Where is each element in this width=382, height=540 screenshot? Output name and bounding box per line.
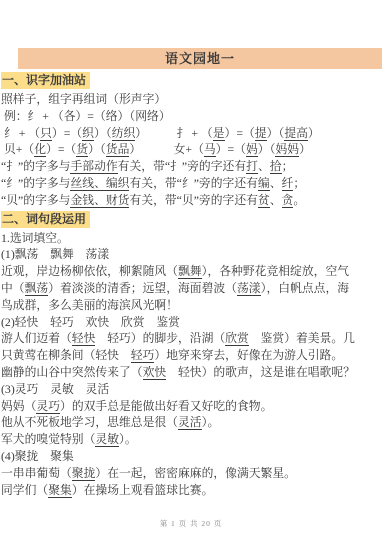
underlined-answer: 贪 [282, 193, 294, 208]
text-segment: (4)聚拢 聚集 [1, 449, 74, 463]
text-segment: 轻快）的歌声，这是谁在唱歌呢？ [166, 365, 355, 379]
text-line: (3)灵巧 灵敏 灵活 [1, 381, 380, 398]
underlined-answer: 化 [34, 142, 46, 157]
text-segment: 同学们（ [1, 483, 48, 497]
text-segment: 他从不死板地学习，思维总是很（ [1, 415, 178, 429]
text-line: 只黄莺在柳条间（轻快 轻巧）地穿来穿去，好像在为游人引路。 [1, 347, 380, 364]
text-segment: ）（ [258, 142, 276, 156]
text-line: 照样子，组字再组词（形声字） [1, 91, 380, 108]
text-segment: ）=（ [225, 126, 255, 140]
underlined-answer: 打 [246, 159, 258, 174]
text-segment: ）（ [94, 126, 112, 140]
section-heading-label: 一、识字加油站 [1, 72, 90, 89]
underlined-answer: 轻快 [72, 331, 96, 346]
underlined-answer: 妈妈 [275, 142, 299, 157]
worksheet-page: 语文园地一 一、识字加油站照样子，组字再组词（形声字） 例：纟 + （各）=（络… [0, 0, 382, 540]
text-segment: 鉴赏）着美景。几 [249, 331, 355, 345]
text-segment: ）在一起，密密麻麻的，像满天繁星。 [95, 466, 296, 480]
text-segment: 中（ [1, 281, 25, 295]
text-segment: 有关，带“纟”旁的字还有 [129, 176, 257, 190]
underlined-answer: 丝线、编织 [70, 176, 129, 191]
text-segment: 轻巧）的脚步，沿湖（ [95, 331, 225, 345]
text-segment: ； [293, 176, 305, 190]
underlined-answer: 金钱、财货 [70, 193, 129, 208]
text-line: (2)轻快 轻巧 欢快 欣赏 鉴赏 [1, 314, 380, 331]
text-segment: “纟”的字多与 [1, 176, 70, 190]
text-segment: “扌”的字多与 [1, 159, 70, 173]
underlined-answer: 货品 [106, 142, 130, 157]
underlined-answer: 荡漾 [237, 281, 261, 296]
text-segment: 、 [258, 159, 270, 173]
text-segment: ）着淡淡的清香；远望，海面碧波（ [48, 281, 237, 295]
text-segment: 只黄莺在柳条间（轻快 [1, 348, 131, 362]
text-line: 妈妈（灵巧）的双手总是能做出好看又好吃的食物。 [1, 398, 380, 415]
underlined-answer: 欣赏 [225, 331, 249, 346]
underlined-answer: 纺织 [112, 126, 136, 141]
page-footer: 第 1 页 共 20 页 [0, 518, 382, 529]
underlined-answer: 妈 [246, 142, 258, 157]
section-heading: 二、词句段运用 [1, 211, 380, 228]
text-segment: ） 女+（ [129, 142, 203, 156]
text-segment: 、 [270, 176, 282, 190]
text-segment: (3)灵巧 灵敏 灵活 [1, 382, 109, 396]
underlined-answer: 手部动作 [70, 159, 117, 174]
text-segment: ），白帆点点，海 [261, 281, 349, 295]
underlined-answer: 提高 [284, 126, 308, 141]
text-segment: ）=（ [216, 142, 246, 156]
text-segment: ）。 [202, 415, 220, 429]
underlined-answer: 灵巧 [36, 399, 60, 414]
text-segment: 。 [293, 193, 305, 207]
text-segment: 1.选词填空。 [1, 231, 69, 245]
document-body: 一、识字加油站照样子，组字再组词（形声字） 例：纟 + （各）=（络）（网络） … [0, 69, 382, 498]
text-segment: (2)轻快 轻巧 欢快 欣赏 鉴赏 [1, 315, 180, 329]
text-segment: 纟 + （ [1, 126, 40, 140]
text-segment: ）=（ [52, 126, 82, 140]
text-segment: 一串串葡萄（ [1, 466, 72, 480]
text-line: 幽静的山谷中突然传来了（欢快 轻快）的歌声，这是谁在唱歌呢？ [1, 364, 380, 381]
underlined-answer: 贫 [258, 193, 270, 208]
text-segment: 妈妈（ [1, 399, 36, 413]
text-line: “贝”的字多与金钱、财货有关，带“贝”旁的字还有贫、贪。 [1, 192, 380, 209]
text-segment: ）=（ [46, 142, 76, 156]
text-segment: 有关，带“贝”旁的字还有 [129, 193, 257, 207]
text-segment: 贝+（ [1, 142, 34, 156]
text-segment: ）地穿来穿去，好像在为游人引路。 [154, 348, 343, 362]
text-segment: ）。 [119, 432, 137, 446]
text-line: 纟 + （只）=（织）（纺织） 扌 + （是）=（提）（提高） [1, 125, 380, 142]
text-line: 近观，岸边杨柳依依，柳絮随风（飘舞），各种野花竞相绽放，空气 [1, 263, 380, 280]
text-line: 1.选词填空。 [1, 230, 380, 247]
text-line: 贝+（化）=（货）（货品） 女+（马）=（妈）（妈妈） [1, 141, 380, 158]
underlined-answer: 只 [40, 126, 52, 141]
text-segment: 幽静的山谷中突然传来了（ [1, 365, 143, 379]
text-segment: ） 扌 + （ [135, 126, 212, 140]
text-line: (4)聚拢 聚集 [1, 448, 380, 465]
text-segment: 游人们迈着（ [1, 331, 72, 345]
text-segment: ）（ [88, 142, 106, 156]
page-title: 语文园地一 [18, 48, 382, 69]
text-segment: ），各种野花竞相绽放，空气 [202, 264, 349, 278]
text-segment: “贝”的字多与 [1, 193, 70, 207]
section-heading: 一、识字加油站 [1, 72, 380, 89]
text-segment: ）（ [267, 126, 285, 140]
underlined-answer: 聚集 [48, 483, 72, 498]
text-segment: ）在操场上观看篮球比赛。 [72, 483, 214, 497]
underlined-answer: 灵活 [178, 415, 202, 430]
underlined-answer: 飘荡 [25, 281, 49, 296]
text-segment: ） [308, 126, 320, 140]
text-line: 游人们迈着（轻快 轻巧）的脚步，沿湖（欣赏 鉴赏）着美景。几 [1, 330, 380, 347]
text-line: (1)飘荡 飘舞 荡漾 [1, 246, 380, 263]
text-segment: 照样子，组字再组词（形声字） [1, 92, 166, 106]
underlined-answer: 织 [82, 126, 94, 141]
text-segment: 例：纟 + （各）=（络）（网络） [1, 109, 171, 123]
underlined-answer: 欢快 [143, 365, 167, 380]
text-segment: (1)飘荡 飘舞 荡漾 [1, 247, 109, 261]
text-line: 同学们（聚集）在操场上观看篮球比赛。 [1, 482, 380, 499]
text-line: “扌”的字多与手部动作有关，带“扌”旁的字还有打、拾； [1, 158, 380, 175]
text-segment: 、 [270, 193, 282, 207]
text-line: “纟”的字多与丝线、编织有关，带“纟”旁的字还有编、纤； [1, 175, 380, 192]
text-segment: 有关，带“扌”旁的字还有 [118, 159, 246, 173]
text-segment: 鸟成群，多么美丽的海滨风光啊！ [1, 298, 178, 312]
underlined-answer: 是 [213, 126, 225, 141]
text-segment: 军犬的嗅觉特别（ [1, 432, 95, 446]
text-segment: ）的双手总是能做出好看又好吃的食物。 [60, 399, 272, 413]
underlined-answer: 编 [258, 176, 270, 191]
underlined-answer: 飘舞 [178, 264, 202, 279]
underlined-answer: 货 [76, 142, 88, 157]
underlined-answer: 轻巧 [131, 348, 155, 363]
text-line: 例：纟 + （各）=（络）（网络） [1, 108, 380, 125]
underlined-answer: 聚拢 [72, 466, 96, 481]
text-line: 一串串葡萄（聚拢）在一起，密密麻麻的，像满天繁星。 [1, 465, 380, 482]
text-line: 军犬的嗅觉特别（灵敏）。 [1, 431, 380, 448]
underlined-answer: 拾 [270, 159, 282, 174]
text-line: 中（飘荡）着淡淡的清香；远望，海面碧波（荡漾），白帆点点，海 [1, 280, 380, 297]
text-line: 他从不死板地学习，思维总是很（灵活）。 [1, 414, 380, 431]
text-segment: ； [282, 159, 294, 173]
section-heading-label: 二、词句段运用 [1, 211, 90, 228]
underlined-answer: 纤 [282, 176, 294, 191]
underlined-answer: 马 [204, 142, 216, 157]
text-segment: 近观，岸边杨柳依依，柳絮随风（ [1, 264, 178, 278]
underlined-answer: 提 [255, 126, 267, 141]
text-line: 鸟成群，多么美丽的海滨风光啊！ [1, 297, 380, 314]
text-segment: ） [299, 142, 311, 156]
underlined-answer: 灵敏 [95, 432, 119, 447]
